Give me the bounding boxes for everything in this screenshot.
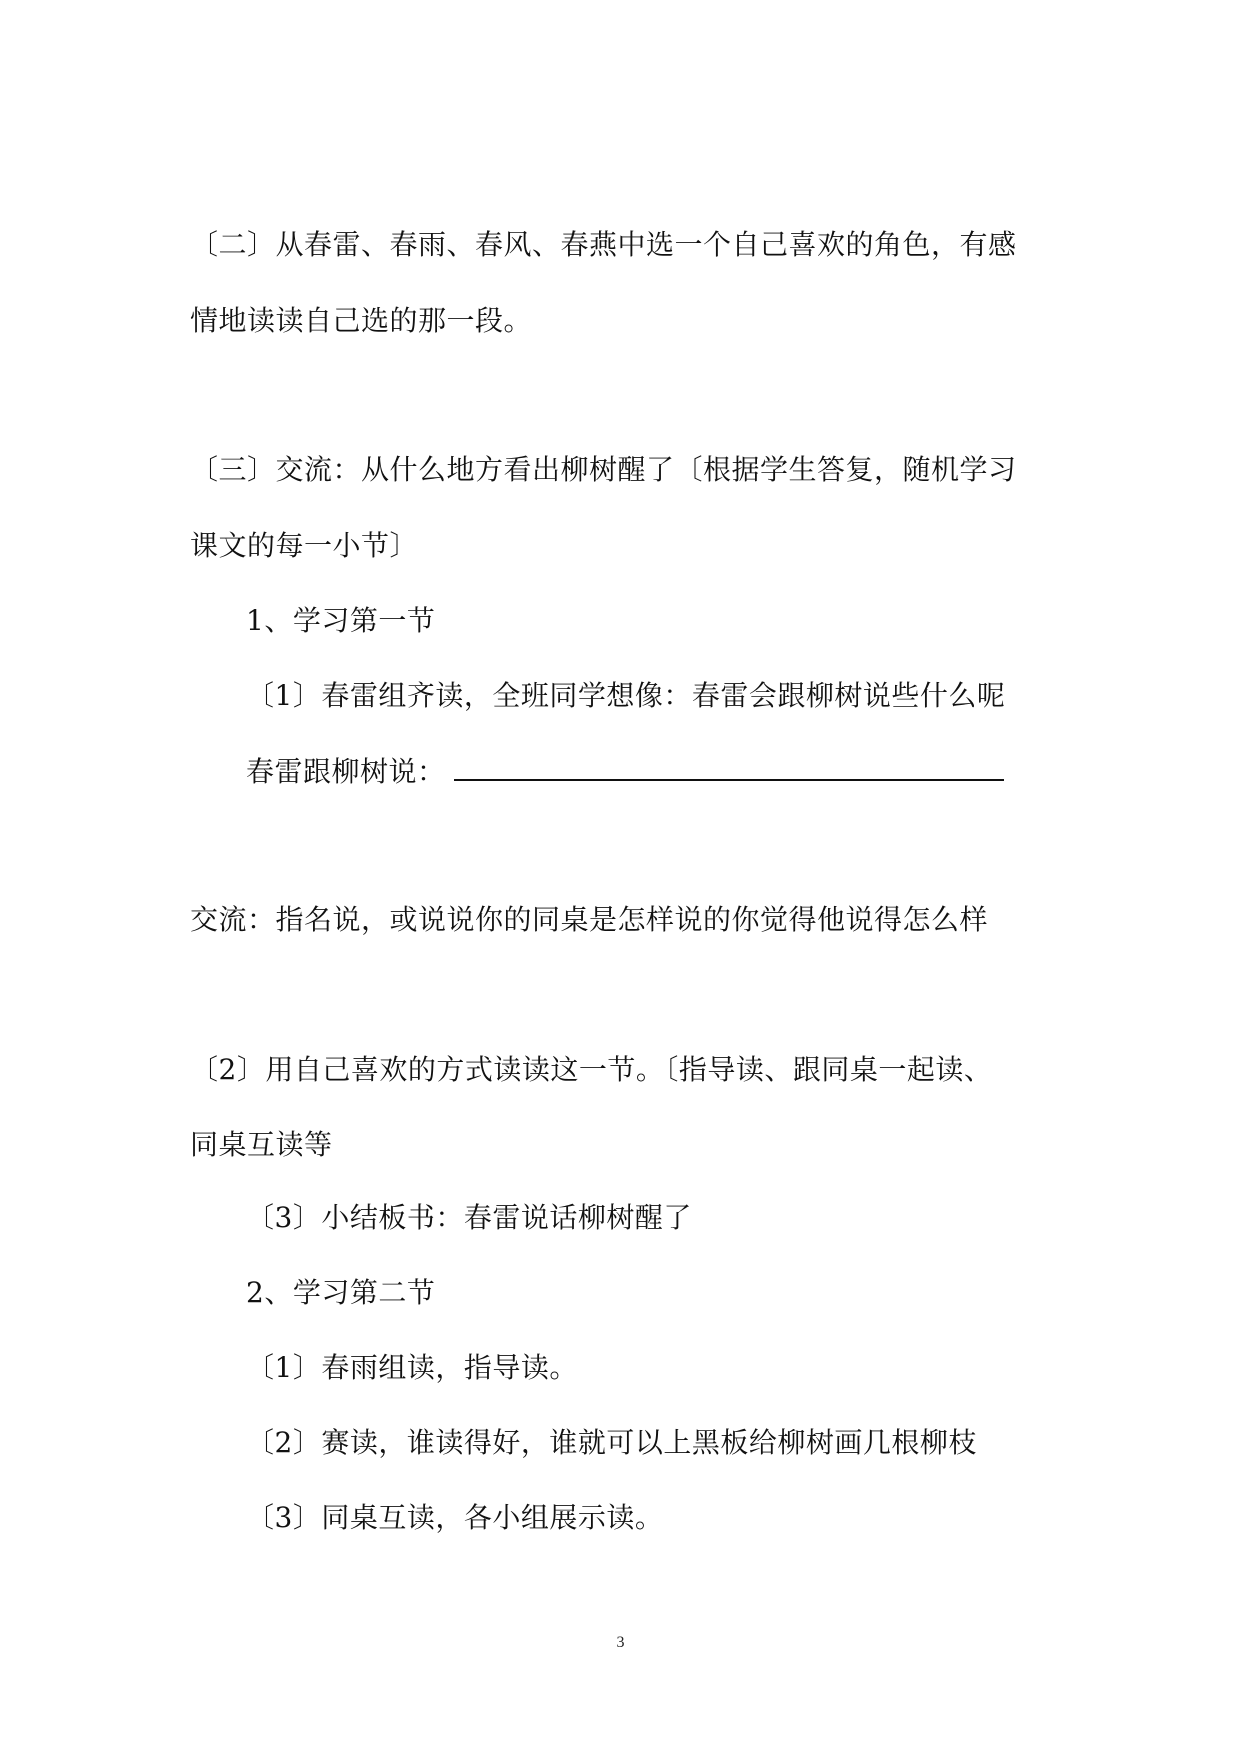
heading-study-section-two: 2、学习第二节	[246, 1275, 435, 1311]
item-section-one-step2-line1: 〔2〕用自己喜欢的方式读读这一节。〔指导读、跟同桌一起读、	[190, 1052, 992, 1088]
answer-blank-line	[454, 753, 1004, 781]
paragraph-section-three-line2: 课文的每一小节〕	[190, 528, 418, 564]
item-section-two-step3: 〔3〕同桌互读，各小组展示读。	[246, 1500, 663, 1536]
document-page: 〔二〕从春雷、春雨、春风、春燕中选一个自己喜欢的角色，有感 情地读读自己选的那一…	[0, 0, 1241, 1754]
fill-in-prompt: 春雷跟柳树说：	[246, 755, 446, 788]
item-section-two-step2: 〔2〕赛读，谁读得好，谁就可以上黑板给柳树画几根柳枝	[246, 1425, 977, 1461]
item-section-one-step1: 〔1〕春雷组齐读，全班同学想像：春雷会跟柳树说些什么呢	[246, 678, 1005, 714]
page-number: 3	[0, 1634, 1241, 1652]
item-section-one-step2-line2: 同桌互读等	[190, 1127, 333, 1163]
paragraph-section-two-line1: 〔二〕从春雷、春雨、春风、春燕中选一个自己喜欢的角色，有感	[190, 227, 1017, 263]
paragraph-discussion: 交流：指名说，或说说你的同桌是怎样说的你觉得他说得怎么样	[190, 902, 988, 938]
item-section-one-step3: 〔3〕小结板书：春雷说话柳树醒了	[246, 1200, 692, 1236]
heading-study-section-one: 1、学习第一节	[246, 603, 435, 639]
item-section-two-step1: 〔1〕春雨组读，指导读。	[246, 1350, 578, 1386]
paragraph-section-two-line2: 情地读读自己选的那一段。	[190, 303, 532, 339]
fill-in-line: 春雷跟柳树说：	[246, 753, 1004, 790]
paragraph-section-three-line1: 〔三〕交流：从什么地方看出柳树醒了〔根据学生答复，随机学习	[190, 452, 1017, 488]
